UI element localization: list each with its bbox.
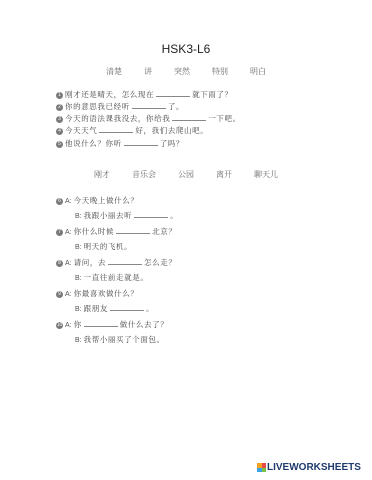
logo-icon bbox=[257, 463, 266, 472]
speaker-label: B: bbox=[75, 306, 82, 313]
word-bank-item: 清楚 bbox=[106, 66, 122, 77]
number-badge: 1 bbox=[56, 92, 63, 99]
number-badge: 6 bbox=[56, 198, 63, 205]
question-text: 。 bbox=[146, 304, 154, 313]
word-bank-item: 聊天儿 bbox=[254, 169, 278, 180]
question-text: 刚才还是晴天，怎么现在 bbox=[65, 90, 154, 99]
word-bank-1: 清楚 讲 突然 特别 明白 bbox=[0, 66, 372, 77]
question-9-a: 9A:你最喜欢做什么？ bbox=[56, 288, 138, 299]
word-bank-item: 突然 bbox=[174, 66, 190, 77]
word-bank-item: 刚才 bbox=[94, 169, 110, 180]
word-bank-item: 特别 bbox=[212, 66, 228, 77]
question-text: 今天天气 bbox=[65, 126, 97, 135]
worksheet-title: HSK3-L6 bbox=[0, 42, 372, 56]
question-9-b: B:跟朋友。 bbox=[75, 303, 154, 314]
question-text: 今天晚上做什么？ bbox=[74, 196, 139, 205]
speaker-label: A: bbox=[65, 198, 72, 205]
question-2: 2你的意思我已经听了。 bbox=[56, 101, 184, 112]
question-text: 你的意思我已经听 bbox=[65, 102, 130, 111]
question-text: 了。 bbox=[168, 102, 184, 111]
liveworksheets-logo[interactable]: LIVEWORKSHEETS bbox=[257, 462, 361, 473]
question-text: 你最喜欢做什么？ bbox=[74, 289, 139, 298]
answer-blank[interactable] bbox=[116, 226, 150, 234]
question-7-b: B:明天的飞机。 bbox=[75, 241, 132, 252]
speaker-label: A: bbox=[65, 291, 72, 298]
answer-blank[interactable] bbox=[172, 113, 206, 121]
question-text: 一下吧。 bbox=[208, 114, 240, 123]
question-text: 跟朋友 bbox=[84, 304, 108, 313]
question-6-b: B:我跟小丽去听。 bbox=[75, 210, 178, 221]
number-badge: 4 bbox=[56, 128, 63, 135]
answer-blank[interactable] bbox=[108, 257, 142, 265]
question-text: 好，我们去爬山吧。 bbox=[135, 126, 208, 135]
speaker-label: B: bbox=[75, 337, 82, 344]
question-10-a: 10A:你做什么去了？ bbox=[56, 319, 168, 330]
word-bank-2: 刚才 音乐会 公园 离开 聊天儿 bbox=[0, 169, 372, 180]
speaker-label: B: bbox=[75, 275, 82, 282]
number-badge: 10 bbox=[56, 322, 63, 329]
question-1: 1刚才还是晴天，怎么现在就下雨了？ bbox=[56, 89, 233, 100]
question-6-a: 6A:今天晚上做什么？ bbox=[56, 195, 138, 206]
question-3: 3今天的语法课我没去，你给我一下吧。 bbox=[56, 113, 241, 124]
word-bank-item: 离开 bbox=[216, 169, 232, 180]
question-text: 我帮小丽买了个面包。 bbox=[84, 335, 165, 344]
speaker-label: B: bbox=[75, 213, 82, 220]
question-text: 请问，去 bbox=[74, 258, 106, 267]
question-4: 4今天天气好，我们去爬山吧。 bbox=[56, 125, 208, 136]
question-7-a: 7A:你什么时候北京？ bbox=[56, 226, 176, 237]
word-bank-item: 音乐会 bbox=[132, 169, 156, 180]
question-text: 就下雨了？ bbox=[192, 90, 233, 99]
word-bank-item: 讲 bbox=[144, 66, 152, 77]
number-badge: 3 bbox=[56, 116, 63, 123]
word-bank-item: 公园 bbox=[178, 169, 194, 180]
answer-blank[interactable] bbox=[110, 303, 144, 311]
answer-blank[interactable] bbox=[124, 138, 158, 146]
brand-text: LIVEWORKSHEETS bbox=[267, 462, 361, 473]
answer-blank[interactable] bbox=[99, 125, 133, 133]
number-badge: 2 bbox=[56, 104, 63, 111]
question-text: 今天的语法课我没去，你给我 bbox=[65, 114, 170, 123]
question-text: 一直往前走就是。 bbox=[84, 273, 149, 282]
speaker-label: B: bbox=[75, 244, 82, 251]
question-text: 做什么去了？ bbox=[120, 320, 169, 329]
number-badge: 8 bbox=[56, 260, 63, 267]
question-5: 5他说什么？你听了吗？ bbox=[56, 138, 184, 149]
question-text: 他说什么？你听 bbox=[65, 139, 122, 148]
number-badge: 5 bbox=[56, 141, 63, 148]
question-text: 我跟小丽去听 bbox=[84, 211, 133, 220]
answer-blank[interactable] bbox=[134, 210, 168, 218]
question-text: 你 bbox=[74, 320, 82, 329]
question-text: 你什么时候 bbox=[74, 227, 115, 236]
answer-blank[interactable] bbox=[156, 89, 190, 97]
speaker-label: A: bbox=[65, 322, 72, 329]
speaker-label: A: bbox=[65, 260, 72, 267]
word-bank-item: 明白 bbox=[250, 66, 266, 77]
number-badge: 9 bbox=[56, 291, 63, 298]
question-text: 明天的飞机。 bbox=[84, 242, 133, 251]
answer-blank[interactable] bbox=[132, 101, 166, 109]
question-text: 北京？ bbox=[152, 227, 176, 236]
question-text: 怎么走？ bbox=[144, 258, 176, 267]
question-text: 。 bbox=[170, 211, 178, 220]
question-10-b: B:我帮小丽买了个面包。 bbox=[75, 334, 165, 345]
number-badge: 7 bbox=[56, 229, 63, 236]
question-text: 了吗？ bbox=[160, 139, 184, 148]
question-8-a: 8A:请问，去怎么走？ bbox=[56, 257, 176, 268]
question-8-b: B:一直往前走就是。 bbox=[75, 272, 148, 283]
answer-blank[interactable] bbox=[84, 319, 118, 327]
speaker-label: A: bbox=[65, 229, 72, 236]
